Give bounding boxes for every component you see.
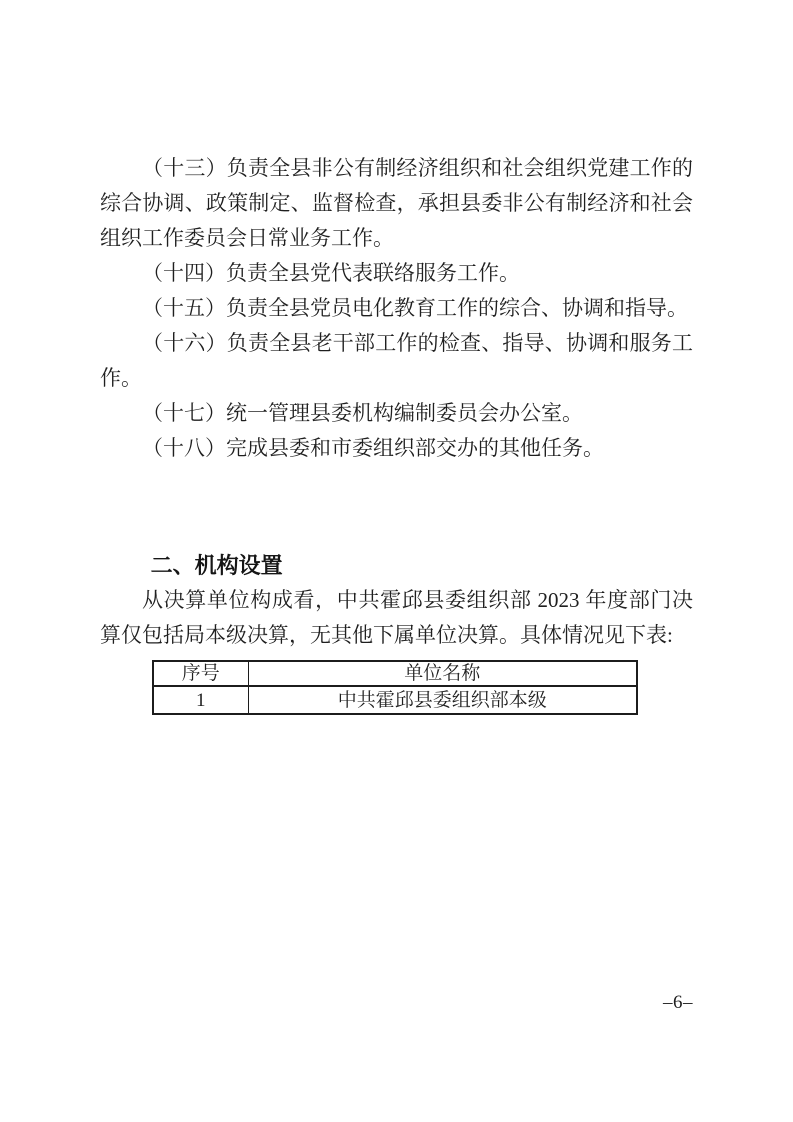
paragraph-item-14: （十四）负责全县党代表联络服务工作。 xyxy=(100,256,693,291)
table-header-unit-name: 单位名称 xyxy=(248,661,637,686)
paragraph-item-16: （十六）负责全县老干部工作的检查、指导、协调和服务工作。 xyxy=(100,326,693,396)
document-page: （十三）负责全县非公有制经济组织和社会组织党建工作的综合协调、政策制定、监督检查… xyxy=(0,0,793,1122)
table-header-seq: 序号 xyxy=(153,661,248,686)
table-cell-unit-name: 中共霍邱县委组织部本级 xyxy=(248,686,637,714)
paragraph-item-18: （十八）完成县委和市委组织部交办的其他任务。 xyxy=(100,431,693,466)
paragraph-item-15: （十五）负责全县党员电化教育工作的综合、协调和指导。 xyxy=(100,291,693,326)
section-intro-paragraph: 从决算单位构成看，中共霍邱县委组织部 2023 年度部门决算仅包括局本级决算，无… xyxy=(100,583,693,653)
table-header-row: 序号 单位名称 xyxy=(153,661,637,686)
document-content: （十三）负责全县非公有制经济组织和社会组织党建工作的综合协调、政策制定、监督检查… xyxy=(100,151,693,715)
paragraph-item-17: （十七）统一管理县委机构编制委员会办公室。 xyxy=(100,396,693,431)
section-heading: 二、机构设置 xyxy=(100,548,693,583)
paragraph-item-13: （十三）负责全县非公有制经济组织和社会组织党建工作的综合协调、政策制定、监督检查… xyxy=(100,151,693,256)
table-row: 1 中共霍邱县委组织部本级 xyxy=(153,686,637,714)
units-table: 序号 单位名称 1 中共霍邱县委组织部本级 xyxy=(152,660,638,715)
table-cell-seq: 1 xyxy=(153,686,248,714)
page-number: –6– xyxy=(663,992,693,1014)
